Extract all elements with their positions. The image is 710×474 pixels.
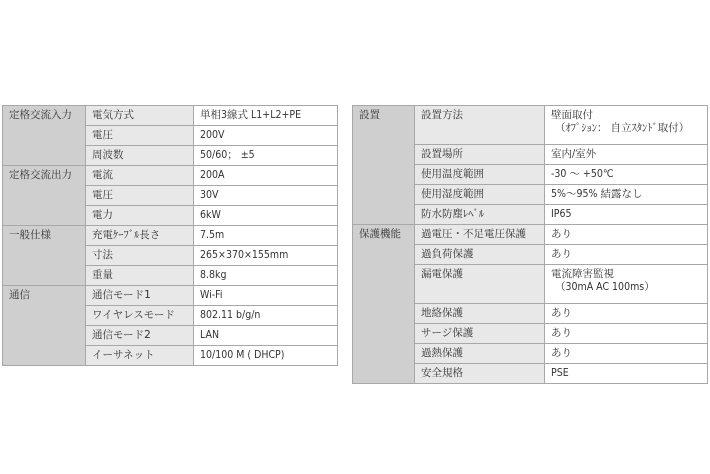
table-row: 設置 設置方法 壁面取付 （ｵﾌﾟｼｮﾝ： 自立ｽﾀﾝﾄﾞ取付） (353, 106, 708, 145)
row-value: あり (545, 304, 708, 324)
row-value: あり (545, 245, 708, 265)
row-label: 防水防塵ﾚﾍﾞﾙ (415, 205, 545, 225)
value-line-1: 壁面取付 (551, 109, 593, 121)
row-value: あり (545, 225, 708, 245)
row-label: 電圧 (86, 126, 194, 146)
row-value: 単相3線式 L1+L2+PE (194, 106, 338, 126)
row-label: 地絡保護 (415, 304, 545, 324)
table-row: 定格交流出力 電流 200A (3, 166, 338, 186)
table-row: 一般仕様 充電ｹｰﾌﾞﾙ長さ 7.5m (3, 226, 338, 246)
row-value: 8.8kg (194, 266, 338, 286)
row-label: ワイヤレスモード (86, 306, 194, 326)
row-label: イーサネット (86, 346, 194, 366)
row-value: PSE (545, 364, 708, 384)
row-value: 200A (194, 166, 338, 186)
row-label: 電圧 (86, 186, 194, 206)
row-value: Wi-Fi (194, 286, 338, 306)
row-value: 壁面取付 （ｵﾌﾟｼｮﾝ： 自立ｽﾀﾝﾄﾞ取付） (545, 106, 708, 145)
row-label: 寸法 (86, 246, 194, 266)
row-label: 設置方法 (415, 106, 545, 145)
row-label: 過負荷保護 (415, 245, 545, 265)
row-value: 10/100 M ( DHCP) (194, 346, 338, 366)
row-value: LAN (194, 326, 338, 346)
value-line-2: （ｵﾌﾟｼｮﾝ： 自立ｽﾀﾝﾄﾞ取付） (551, 122, 702, 135)
row-label: 周波数 (86, 146, 194, 166)
row-value: 50/60； ±5 (194, 146, 338, 166)
row-label: 使用湿度範囲 (415, 185, 545, 205)
row-label: 電力 (86, 206, 194, 226)
row-value: あり (545, 344, 708, 364)
row-label: 使用温度範囲 (415, 165, 545, 185)
row-value: 6kW (194, 206, 338, 226)
table-row: 通信 通信モード1 Wi-Fi (3, 286, 338, 306)
row-value: 室内/室外 (545, 145, 708, 165)
row-value: IP65 (545, 205, 708, 225)
row-value: -30 ～ +50℃ (545, 165, 708, 185)
row-value: 7.5m (194, 226, 338, 246)
row-label: 安全規格 (415, 364, 545, 384)
row-value: 30V (194, 186, 338, 206)
row-value: 電流障害監視 （30mA AC 100ms） (545, 265, 708, 304)
spec-table-left: 定格交流入力 電気方式 単相3線式 L1+L2+PE 電圧 200V 周波数 5… (2, 105, 338, 366)
row-label: 充電ｹｰﾌﾞﾙ長さ (86, 226, 194, 246)
row-label: 通信モード2 (86, 326, 194, 346)
row-label: 通信モード1 (86, 286, 194, 306)
row-label: 重量 (86, 266, 194, 286)
row-label: 過熱保護 (415, 344, 545, 364)
group-general-specs: 一般仕様 (3, 226, 86, 286)
row-label: サージ保護 (415, 324, 545, 344)
group-rated-ac-input: 定格交流入力 (3, 106, 86, 166)
row-value: 265×370×155mm (194, 246, 338, 266)
row-value: あり (545, 324, 708, 344)
spec-table-right: 設置 設置方法 壁面取付 （ｵﾌﾟｼｮﾝ： 自立ｽﾀﾝﾄﾞ取付） 設置場所 室内… (352, 105, 708, 384)
group-communication: 通信 (3, 286, 86, 366)
row-label: 電流 (86, 166, 194, 186)
group-installation: 設置 (353, 106, 415, 225)
group-protection: 保護機能 (353, 225, 415, 384)
row-label: 設置場所 (415, 145, 545, 165)
row-value: 802.11 b/g/n (194, 306, 338, 326)
row-label: 過電圧・不足電圧保護 (415, 225, 545, 245)
row-label: 漏電保護 (415, 265, 545, 304)
table-row: 保護機能 過電圧・不足電圧保護 あり (353, 225, 708, 245)
row-value: 5%～95% 結露なし (545, 185, 708, 205)
group-rated-ac-output: 定格交流出力 (3, 166, 86, 226)
row-label: 電気方式 (86, 106, 194, 126)
value-line-1: 電流障害監視 (551, 268, 614, 280)
row-value: 200V (194, 126, 338, 146)
table-row: 定格交流入力 電気方式 単相3線式 L1+L2+PE (3, 106, 338, 126)
value-line-2: （30mA AC 100ms） (551, 281, 702, 294)
